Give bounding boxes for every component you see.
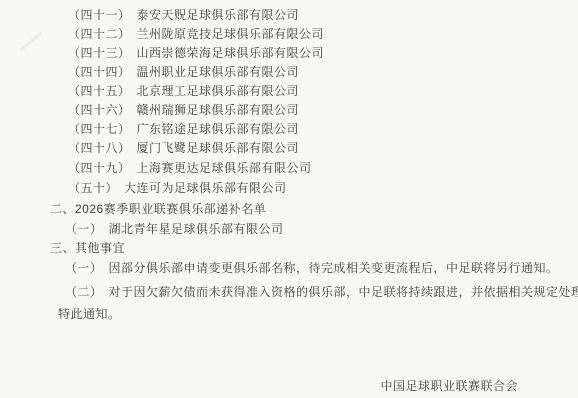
club-list-item: （四十一）泰安天贶足球俱乐部有限公司	[68, 8, 299, 22]
item-text: 对于因欠薪欠债而未获得准入资格的俱乐部，中足联将持续跟进，并依据相关规定处理。	[109, 285, 578, 299]
club-name: 厦门飞鹭足球俱乐部有限公司	[137, 141, 300, 155]
club-name: 泰安天贶足球俱乐部有限公司	[137, 8, 300, 22]
section3-heading: 三、其他事宜	[50, 241, 125, 255]
item-number: （四十六）	[68, 103, 131, 117]
club-name: 大连可为足球俱乐部有限公司	[124, 181, 287, 195]
club-name: 温州职业足球俱乐部有限公司	[137, 65, 300, 79]
item-number: （二）	[65, 285, 103, 299]
club-list-item: （四十七）广东铭途足球俱乐部有限公司	[68, 122, 299, 136]
closing-phrase: 特此通知。	[58, 307, 121, 321]
item-number: （四十五）	[68, 84, 131, 98]
club-list-item: （四十六）赣州瑞狮足球俱乐部有限公司	[68, 103, 299, 117]
item-number: （四十四）	[68, 65, 131, 79]
club-name: 湖北青年星足球俱乐部有限公司	[109, 222, 284, 236]
item-number: （一）	[65, 222, 103, 236]
club-name: 山西崇德荣海足球俱乐部有限公司	[137, 46, 325, 60]
item-number: （四十一）	[68, 8, 131, 22]
section2-heading: 二、2026赛季职业联赛俱乐部递补名单	[50, 202, 266, 216]
club-list-item: （四十九）上海赛更达足球俱乐部有限公司	[68, 161, 312, 175]
club-name: 兰州陇原竞技足球俱乐部有限公司	[137, 27, 325, 41]
issuer-signature: 中国足球职业联赛联合会	[380, 379, 518, 393]
club-list-item: （四十二）兰州陇原竞技足球俱乐部有限公司	[68, 27, 324, 41]
club-name: 北京理工足球俱乐部有限公司	[137, 84, 300, 98]
section3-item: （一）因部分俱乐部申请变更俱乐部名称，待完成相关变更流程后，中足联将另行通知。	[65, 261, 559, 275]
club-list-item: （四十五）北京理工足球俱乐部有限公司	[68, 84, 299, 98]
club-name: 广东铭途足球俱乐部有限公司	[137, 122, 300, 136]
section2-item: （一）湖北青年星足球俱乐部有限公司	[65, 222, 284, 236]
item-number: （四十三）	[68, 46, 131, 60]
club-list-item: （五十）大连可为足球俱乐部有限公司	[68, 181, 287, 195]
club-list-item: （四十八）厦门飞鹭足球俱乐部有限公司	[68, 141, 299, 155]
notice-document: （四十一）泰安天贶足球俱乐部有限公司 （四十二）兰州陇原竞技足球俱乐部有限公司 …	[0, 0, 578, 398]
watermark	[20, 32, 42, 51]
club-list-item: （四十三）山西崇德荣海足球俱乐部有限公司	[68, 46, 324, 60]
club-name: 上海赛更达足球俱乐部有限公司	[137, 161, 312, 175]
item-number: （四十九）	[68, 161, 131, 175]
item-number: （四十七）	[68, 122, 131, 136]
item-number: （五十）	[68, 181, 118, 195]
item-number: （四十二）	[68, 27, 131, 41]
club-name: 赣州瑞狮足球俱乐部有限公司	[137, 103, 300, 117]
item-text: 因部分俱乐部申请变更俱乐部名称，待完成相关变更流程后，中足联将另行通知。	[109, 261, 559, 275]
item-number: （一）	[65, 261, 103, 275]
item-number: （四十八）	[68, 141, 131, 155]
section3-item: （二）对于因欠薪欠债而未获得准入资格的俱乐部，中足联将持续跟进，并依据相关规定处…	[65, 285, 578, 299]
club-list-item: （四十四）温州职业足球俱乐部有限公司	[68, 65, 299, 79]
